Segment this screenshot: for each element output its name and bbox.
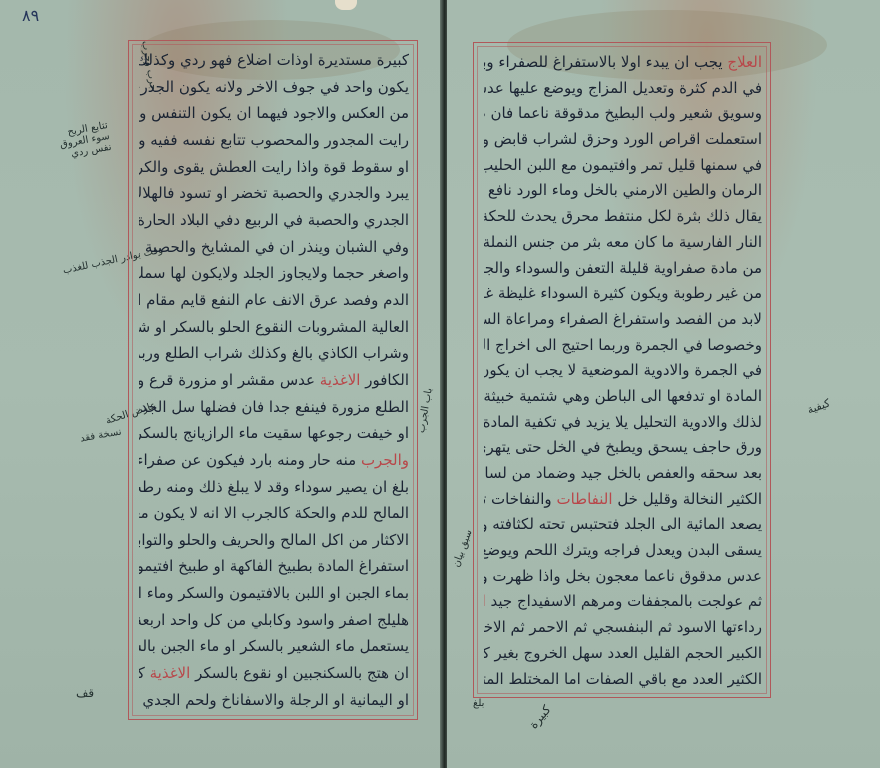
- text-line: او خيفت رجوعها سقيت ماء الرازيانج بالسكر…: [139, 420, 409, 446]
- text-line: الرمان والطين الارمني بالخل وماء الورد ن…: [484, 177, 762, 203]
- rubric-heading: النفاطات: [556, 490, 612, 508]
- text-line: وفي الشبان وينذر ان في المشايخ والحصبة ي…: [139, 234, 409, 260]
- margin-note: تتابع الربح سوء العروق نفس ردي: [48, 120, 113, 163]
- text-line: في سمنها قليل تمر وافتيمون مع اللبن الحل…: [484, 152, 762, 178]
- text-line: كبيرة مستديرة اوذات اضلاع فهو ردي وكذلك …: [139, 47, 409, 73]
- text-line: رداءتها الاسود ثم البنفسجي ثم الاحمر ثم …: [484, 614, 762, 640]
- text-line: المالح للدم والحكة كالجرب الا انه لا يكو…: [139, 500, 409, 526]
- rubric-heading: العلاج: [727, 53, 762, 71]
- right-page: كيفية سبق بيان بلغ كبيرة العلاج يجب ان ي…: [447, 0, 880, 768]
- text-line: وخصوصا في الجمرة وربما احتيج الى اخراج ا…: [484, 332, 762, 358]
- text-line: الكافور الاغذية عدس مقشر او مزورة قرع وق…: [139, 367, 409, 393]
- text-line: لابد من الفصد واستفراغ الصفراء ومراعاة ا…: [484, 306, 762, 332]
- margin-note: قف: [76, 686, 94, 700]
- margin-note: باب الجرب: [416, 387, 435, 434]
- text-line: المادة او تدفعها الى الباطن وهي شتمية خب…: [484, 383, 762, 409]
- text-line: استعملت اقراص الورد وحزق لشراب قابض والج…: [484, 126, 762, 152]
- text-line: النار الفارسية ما كان معه بثر من جنس الن…: [484, 229, 762, 255]
- rubric-heading: والجرب: [361, 451, 409, 469]
- text-line: العلاج يجب ان يبدء اولا بالاستفراغ للصفر…: [484, 49, 762, 75]
- margin-note: سبق بيان: [451, 528, 475, 569]
- text-line: ثم عولجت بالمجففات ومرهم الاسفيداج جيد ا…: [484, 588, 762, 614]
- text-line: الكبير الحجم القليل العدد سهل الخروج بغي…: [484, 640, 762, 666]
- text-line: وسويق شعير ولب البطيخ مدقوقة ناعما فان ظ…: [484, 100, 762, 126]
- text-line: او سقوط قوة واذا رايت العطش يقوى والكرب …: [139, 154, 409, 180]
- rubric-heading: الاغذية: [320, 371, 361, 389]
- text-line: من مادة صفراوية قليلة التعفن والسوداء وا…: [484, 255, 762, 281]
- text-line: عدس مدقوق ناعما معجون بخل واذا ظهرت وكان…: [484, 563, 762, 589]
- text-line: استفراغ المادة بطبيخ الفاكهة او طبيخ افت…: [139, 553, 409, 579]
- left-page: ٨٩ جرب وجرب تتابع الربح سوء العروق نفس ر…: [0, 0, 443, 768]
- text-line: العالية المشروبات النقوع الحلو بالسكر او…: [139, 314, 409, 340]
- text-line: رايت المجدور والمحصوب تتابع نفسه ففيه ور…: [139, 127, 409, 153]
- text-line: بلغ ان يصير سوداء وقد لا يبلغ ذلك ومنه ر…: [139, 474, 409, 500]
- rubric-heading: الاغذية: [150, 664, 191, 682]
- text-line: من العكس والاجود فيهما ان يكون التنفس وا…: [139, 100, 409, 126]
- text-line: لذلك والادوية التحليل يلا يزيد في تكفية …: [484, 409, 762, 435]
- margin-note: كيفية: [805, 396, 831, 416]
- text-line: او اليمانية او الرجلة والاسفاناخ ولحم ال…: [139, 687, 409, 713]
- text-line: بماء الجبن او اللبن بالافتيمون والسكر وم…: [139, 580, 409, 606]
- text-line: من غير رطوبة ويكون كثيرة السوداء غليظة غ…: [484, 280, 762, 306]
- text-block: العلاج يجب ان يبدء اولا بالاستفراغ للصفر…: [484, 49, 762, 691]
- margin-note: نسخة فقد: [79, 426, 122, 444]
- text-line: يستعمل ماء الشعير بالسكر او ماء الجبن با…: [139, 633, 409, 659]
- text-line: الدم وفصد عرق الانف عام النفع قايم مقام …: [139, 287, 409, 313]
- text-line: في الجمرة والادوية الموضعية لا يجب ان يك…: [484, 357, 762, 383]
- text-line: الطلع مزورة فينفع جدا فان فضلها سل الجدر…: [139, 394, 409, 420]
- text-line: ان هتج بالسكنجبين او نقوع بالسكر الاغذية…: [139, 660, 409, 686]
- text-line: بعد سحقه والعفص بالخل جيد وضماد من لسان …: [484, 460, 762, 486]
- folio-number: ٨٩: [22, 6, 39, 25]
- manuscript-spread: ٨٩ جرب وجرب تتابع الربح سوء العروق نفس ر…: [0, 0, 880, 768]
- catchword: كبيرة: [526, 703, 553, 732]
- text-line: الاكثار من اكل المالح والحريف والحلو وال…: [139, 527, 409, 553]
- text-line: الكثير النخالة وقليل خل النفاطات والنفاخ…: [484, 486, 762, 512]
- margin-note: بلغ: [473, 698, 484, 709]
- text-line: ورق حاجف يسحق ويطبخ في الخل حتى يتهري وي…: [484, 434, 762, 460]
- text-line: يسقى البدن ويعدل فراجه ويترك اللحم ويوضع…: [484, 537, 762, 563]
- text-line: الكثير العدد مع باقي الصفات اما المختلط …: [484, 666, 762, 692]
- text-line: والجرب منه حار ومنه بارد فيكون عن صفراء …: [139, 447, 409, 473]
- text-line: يصعد المائية الى الجلد فتحتبس تحته لكثاف…: [484, 511, 762, 537]
- text-line: يكون واحد في جوف الاخر ولانه يكون الجدري…: [139, 74, 409, 100]
- text-block: كبيرة مستديرة اوذات اضلاع فهو ردي وكذلك …: [139, 47, 409, 713]
- text-line: يقال ذلك بثرة لكل منتفط محرق يحدث للحكة …: [484, 203, 762, 229]
- text-line: وشراب الكاذي بالغ وكذلك شراب الطلع وربما…: [139, 340, 409, 366]
- text-block-frame: العلاج يجب ان يبدء اولا بالاستفراغ للصفر…: [473, 42, 771, 698]
- text-line: هليلج اصفر واسود وكابلي من كل واحد اربعة…: [139, 607, 409, 633]
- text-line: يبرد والجدري والحصبة تخضر او تسود فالهلا…: [139, 180, 409, 206]
- text-line: في الدم كثرة وتعديل المزاج ويوضع عليها ع…: [484, 75, 762, 101]
- text-block-frame: كبيرة مستديرة اوذات اضلاع فهو ردي وكذلك …: [128, 40, 418, 720]
- text-line: واصغر حجما ولايجاوز الجلد ولايكون لها سم…: [139, 260, 409, 286]
- text-line: الجدري والحصبة في الربيع دفي البلاد الحا…: [139, 207, 409, 233]
- rubric-heading: الجدري: [484, 592, 486, 610]
